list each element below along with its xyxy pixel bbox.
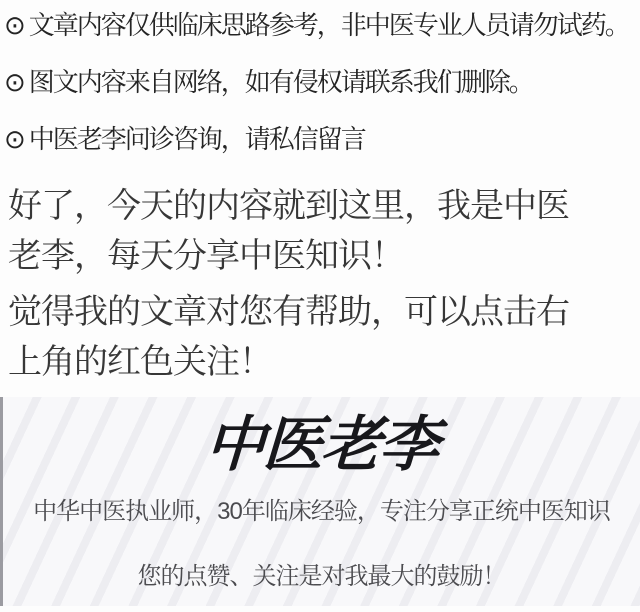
closing-paragraph: 好了，今天的内容就到这里，我是中医 老李，每天分享中医知识！ bbox=[8, 182, 640, 282]
disclaimer-item: ⊙文章内容仅供临床思路参考，非中医专业人员请勿试药。 bbox=[4, 11, 640, 39]
disclaimer-text: 文章内容仅供临床思路参考，非中医专业人员请勿试药。 bbox=[29, 10, 629, 40]
closing-paragraph-line: 好了，今天的内容就到这里，我是中医 bbox=[8, 182, 640, 232]
author-credentials: 中华中医执业师，30年临床经验，专注分享正统中医知识 bbox=[3, 499, 640, 525]
disclaimer-item: ⊙中医老李问诊咨询，请私信留言 bbox=[4, 125, 640, 153]
author-brand-card: 中医老李 中华中医执业师，30年临床经验，专注分享正统中医知识 您的点赞、关注是… bbox=[0, 397, 640, 606]
closing-paragraph-line: 觉得我的文章对您有帮助，可以点击右 bbox=[8, 288, 640, 338]
author-signature-calligraphy: 中医老李 bbox=[1, 397, 640, 477]
article-footer-image: ⊙文章内容仅供临床思路参考，非中医专业人员请勿试药。 ⊙图文内容来自网络，如有侵… bbox=[0, 0, 640, 612]
circle-dot-bullet-icon: ⊙ bbox=[4, 11, 26, 39]
circle-dot-bullet-icon: ⊙ bbox=[4, 68, 26, 96]
encouragement-line: 您的点赞、关注是对我最大的鼓励！ bbox=[3, 564, 640, 590]
disclaimer-list: ⊙文章内容仅供临床思路参考，非中医专业人员请勿试药。 ⊙图文内容来自网络，如有侵… bbox=[0, 0, 640, 153]
disclaimer-text: 中医老李问诊咨询，请私信留言 bbox=[29, 124, 365, 154]
circle-dot-bullet-icon: ⊙ bbox=[4, 125, 26, 153]
closing-paragraph-line: 上角的红色关注！ bbox=[8, 338, 640, 388]
closing-paragraphs: 好了，今天的内容就到这里，我是中医 老李，每天分享中医知识！ 觉得我的文章对您有… bbox=[0, 182, 640, 388]
closing-paragraph: 觉得我的文章对您有帮助，可以点击右 上角的红色关注！ bbox=[8, 288, 640, 388]
disclaimer-text: 图文内容来自网络，如有侵权请联系我们删除。 bbox=[29, 67, 533, 97]
closing-paragraph-line: 老李，每天分享中医知识！ bbox=[8, 232, 640, 282]
disclaimer-item: ⊙图文内容来自网络，如有侵权请联系我们删除。 bbox=[4, 68, 640, 96]
